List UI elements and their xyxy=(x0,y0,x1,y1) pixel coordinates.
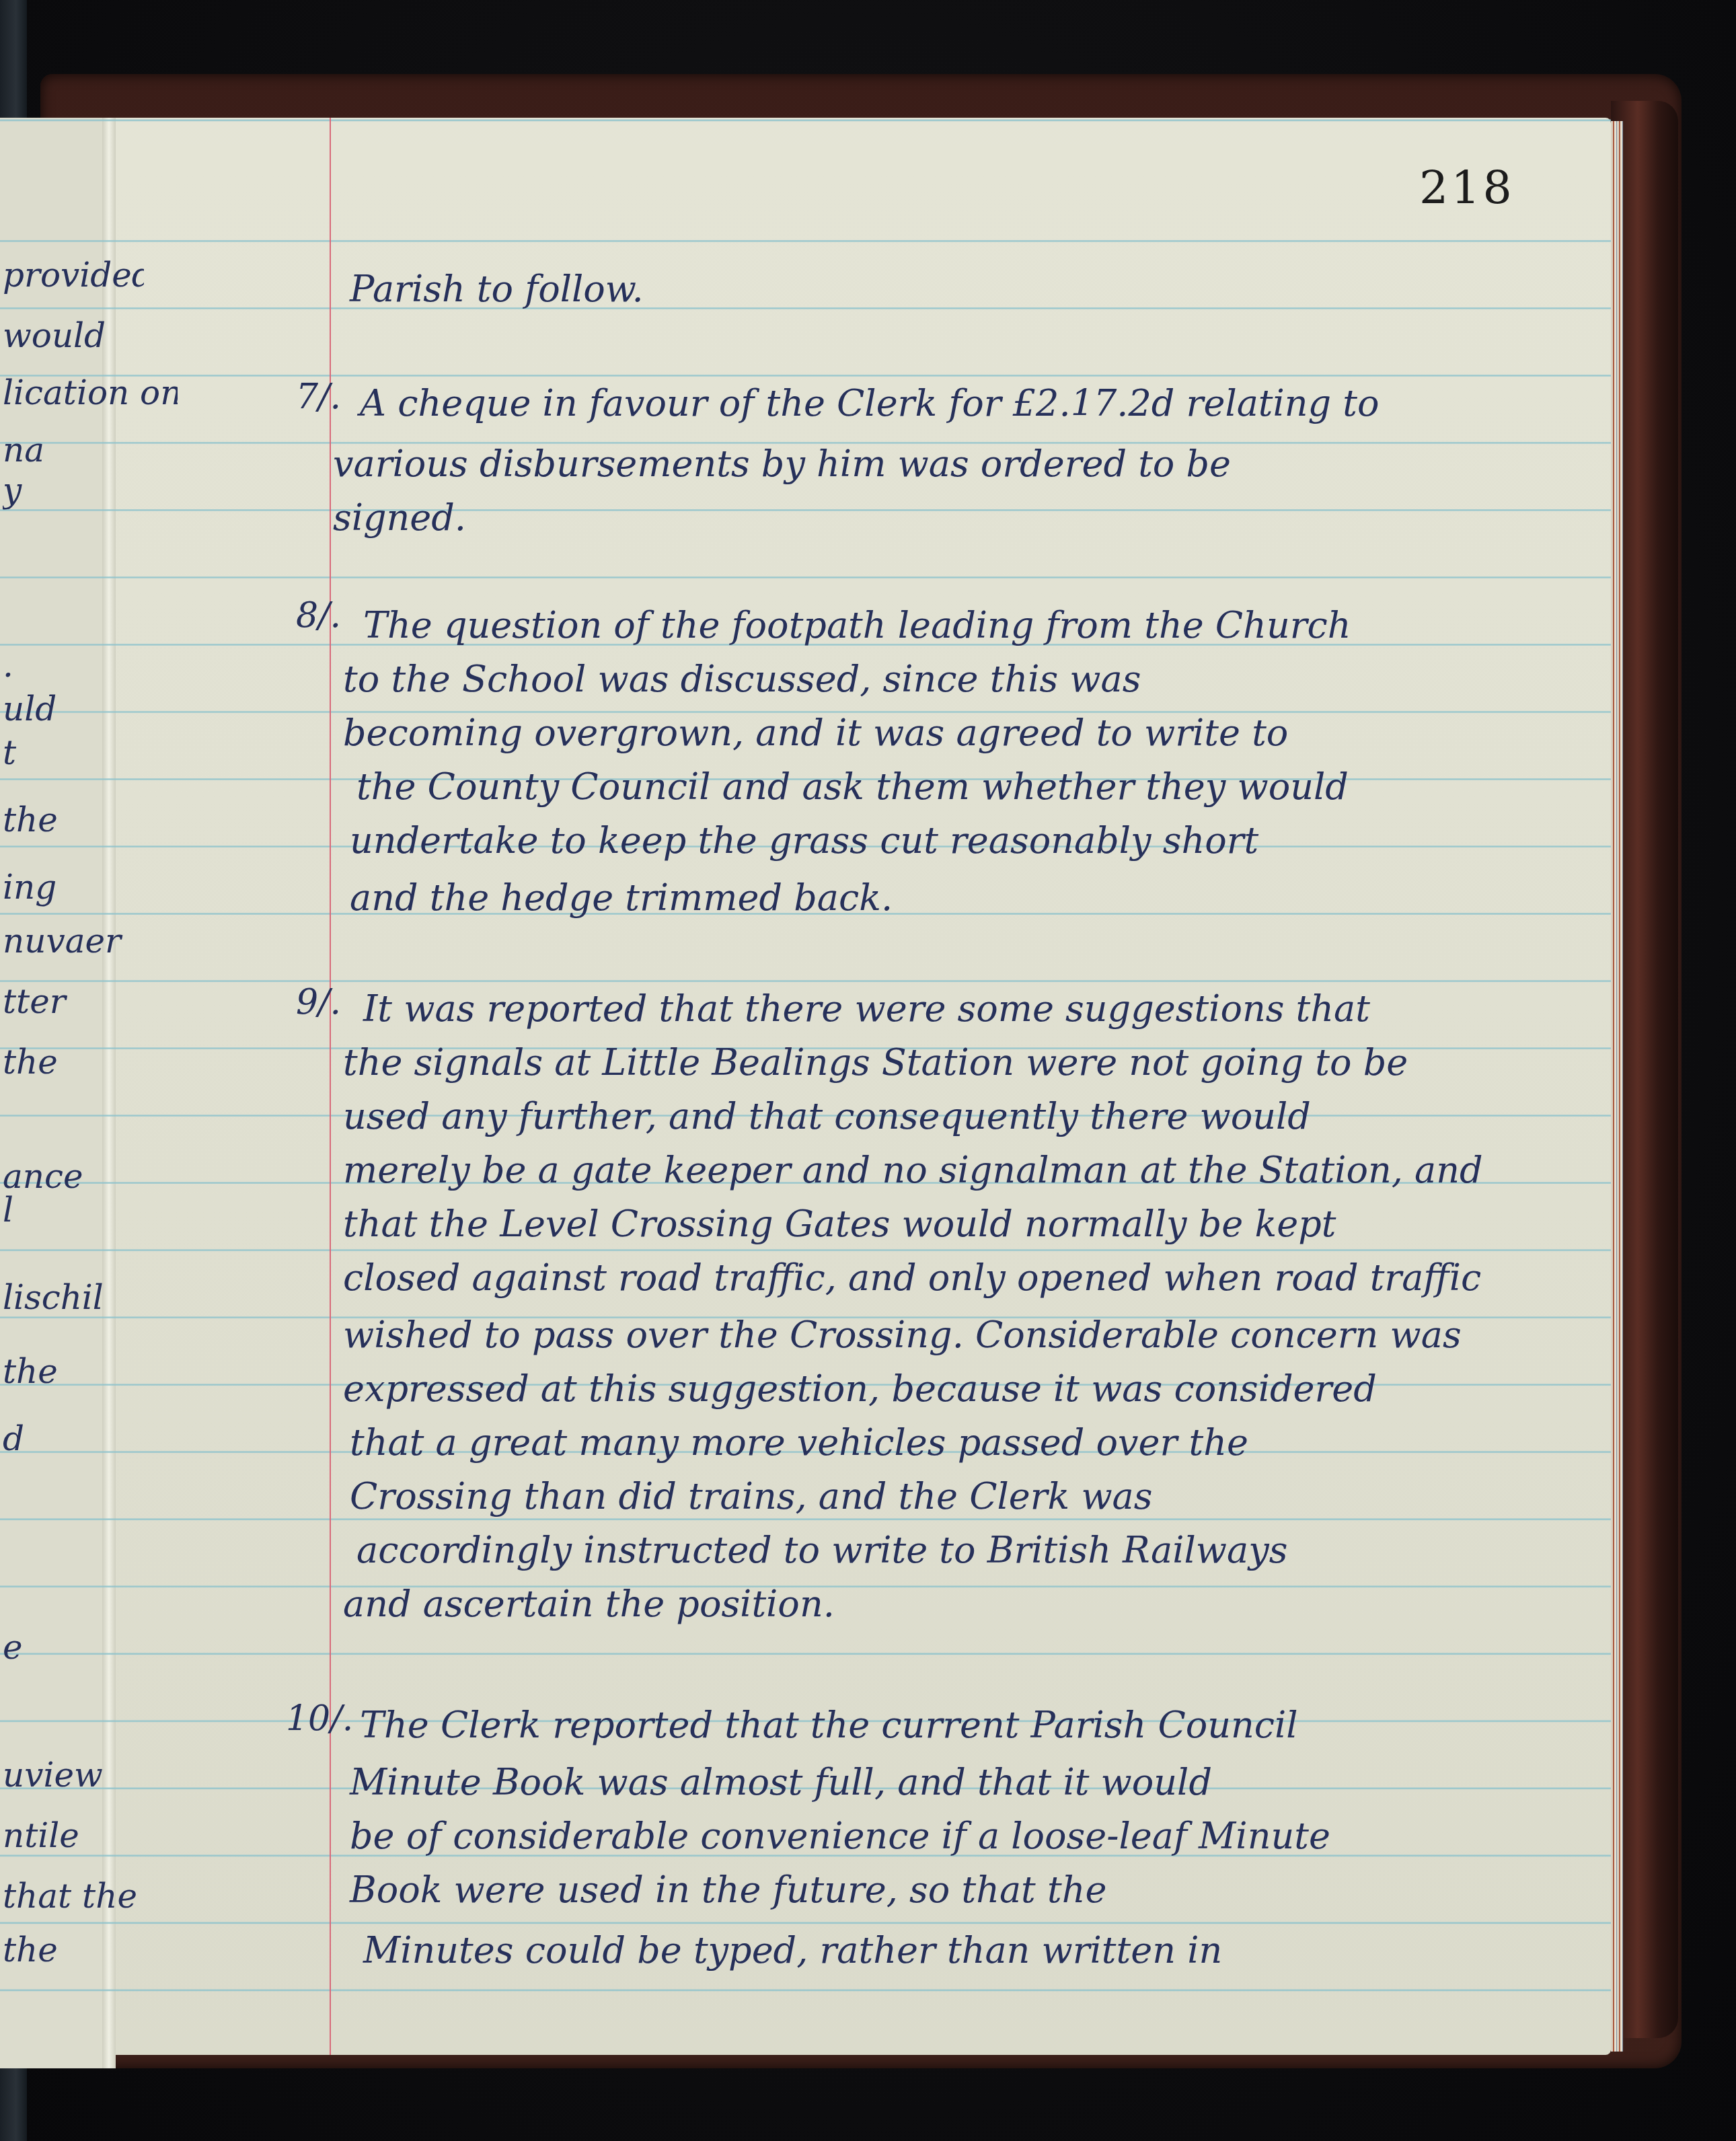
left-fragment: ntile xyxy=(3,1816,144,1855)
left-fragment: lischil xyxy=(3,1278,144,1317)
page-block-edge xyxy=(1611,121,1623,2052)
continuation-line: Parish to follow. xyxy=(350,256,644,323)
left-fragment: the xyxy=(3,800,144,839)
left-fragment: that the xyxy=(3,1877,144,1916)
item-line: Book were used in the future, so that th… xyxy=(350,1856,1106,1924)
item-number: 10/. xyxy=(286,1698,353,1739)
left-fragment: d xyxy=(3,1419,144,1458)
left-fragment: uview xyxy=(3,1756,144,1795)
left-fragment: e xyxy=(3,1628,144,1667)
left-fragment: lication on xyxy=(3,373,178,412)
left-fragment: y xyxy=(3,471,144,510)
left-fragment: would xyxy=(3,316,144,355)
left-fragment: . xyxy=(3,646,144,685)
left-fragment: the xyxy=(3,1043,144,1082)
item-line: and the hedge trimmed back. xyxy=(350,864,893,932)
left-fragment: t xyxy=(3,733,144,772)
item-number: 7/. xyxy=(296,377,341,417)
left-fragment: the xyxy=(3,1930,144,1969)
left-fragment: the xyxy=(3,1352,144,1391)
left-fragment: nuvaer xyxy=(3,922,144,961)
item-line: and ascertain the position. xyxy=(343,1571,835,1638)
item-number: 8/. xyxy=(296,595,341,636)
left-fragment: l xyxy=(3,1191,144,1230)
left-fragment: ing xyxy=(3,868,144,907)
item-number: 9/. xyxy=(296,982,341,1022)
item-line: signed. xyxy=(333,484,466,552)
left-fragment: tter xyxy=(3,982,144,1021)
item-line: A cheque in favour of the Clerk for £2.1… xyxy=(360,370,1380,437)
item-line: various disbursements by him was ordered… xyxy=(333,430,1231,498)
left-fragment: uld xyxy=(3,689,144,728)
item-line: Minutes could be typed, rather than writ… xyxy=(363,1917,1222,1984)
scanned-book-spread: 218 provided would lication on na y . ul… xyxy=(0,0,1736,2141)
left-fragment: na xyxy=(3,430,144,469)
left-fragment: provided xyxy=(3,256,144,295)
page-number: 218 xyxy=(1419,161,1515,215)
